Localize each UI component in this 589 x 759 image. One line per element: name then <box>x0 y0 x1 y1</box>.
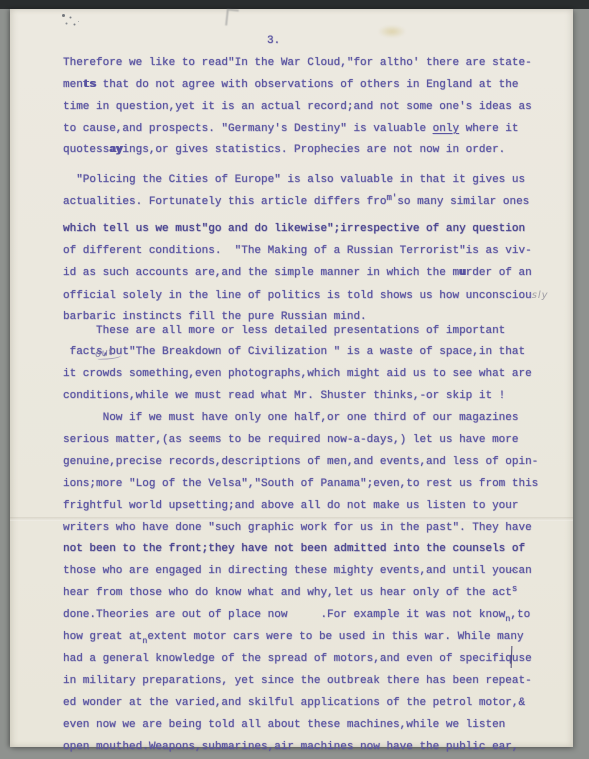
typed-text-body: 3.Therefore we like to read"In the War C… <box>63 31 583 758</box>
typed-line: hear from those who do know what and why… <box>63 583 583 605</box>
typed-line: Now if we must have only one half,or one… <box>63 408 583 430</box>
scan-edge-band <box>0 0 589 9</box>
typed-line: ments that do not agree with observation… <box>63 75 583 97</box>
typed-line: ions;more "Log of the Velsa","South of P… <box>63 474 583 496</box>
typed-line: writers who have done "such graphic work… <box>63 518 583 540</box>
typed-line: actualities. Fortunately this article di… <box>63 192 583 214</box>
typed-line: ed wonder at the varied,and skilful appl… <box>63 693 583 715</box>
handwritten-out-insertion: out <box>94 347 113 360</box>
pencil-marks <box>62 14 88 30</box>
typed-line: genuine,precise records,descriptions of … <box>63 452 583 474</box>
typed-line: facts,but"The Breakdown of Civilization … <box>63 342 583 364</box>
typed-line: serious matter,(as seems to be required … <box>63 430 583 452</box>
typed-line: of different conditions. "The Making of … <box>63 241 583 263</box>
typed-line: how great atnextent motor cars were to b… <box>63 627 583 649</box>
typed-line: conditions,while we must read what Mr. S… <box>63 386 583 408</box>
typed-line: "Policing the Cities of Europe" is also … <box>63 170 583 192</box>
typed-line: which tell us we must"go and do likewise… <box>63 219 583 241</box>
typed-line: in military preparations, yet since the … <box>63 671 583 693</box>
typed-line: to cause,and prospects. "Germany's Desti… <box>63 119 583 141</box>
typed-line: it crowds something,even photographs,whi… <box>63 364 583 386</box>
typed-line: id as such accounts are,and the simple m… <box>63 263 583 285</box>
typed-line: not been to the front;they have not been… <box>63 539 583 561</box>
typed-line: even now we are being told all about the… <box>63 715 583 737</box>
typed-line: open mouthed.Weapons,submarines,air mach… <box>63 737 583 759</box>
handwritten-insertion-caret: ^ <box>510 568 518 578</box>
typed-line: frightful world upsetting;and above all … <box>63 496 583 518</box>
typed-line: These are all more or less detailed pres… <box>63 321 583 343</box>
typed-line: official solely in the line of politics … <box>63 285 583 307</box>
typed-line: time in question,yet it is an actual rec… <box>63 97 583 119</box>
typed-line: 3. <box>63 31 583 53</box>
typed-line: Therefore we like to read"In the War Clo… <box>63 53 583 75</box>
typed-line: quotessayings,or gives statistics. Proph… <box>63 140 583 162</box>
typed-line: done.Theories are out of place now .For … <box>63 605 583 627</box>
typed-line: those who are engaged in directing these… <box>63 561 583 583</box>
faint-pencil-mark <box>225 8 239 26</box>
typed-line: had a general knowledge of the spread of… <box>63 649 583 671</box>
